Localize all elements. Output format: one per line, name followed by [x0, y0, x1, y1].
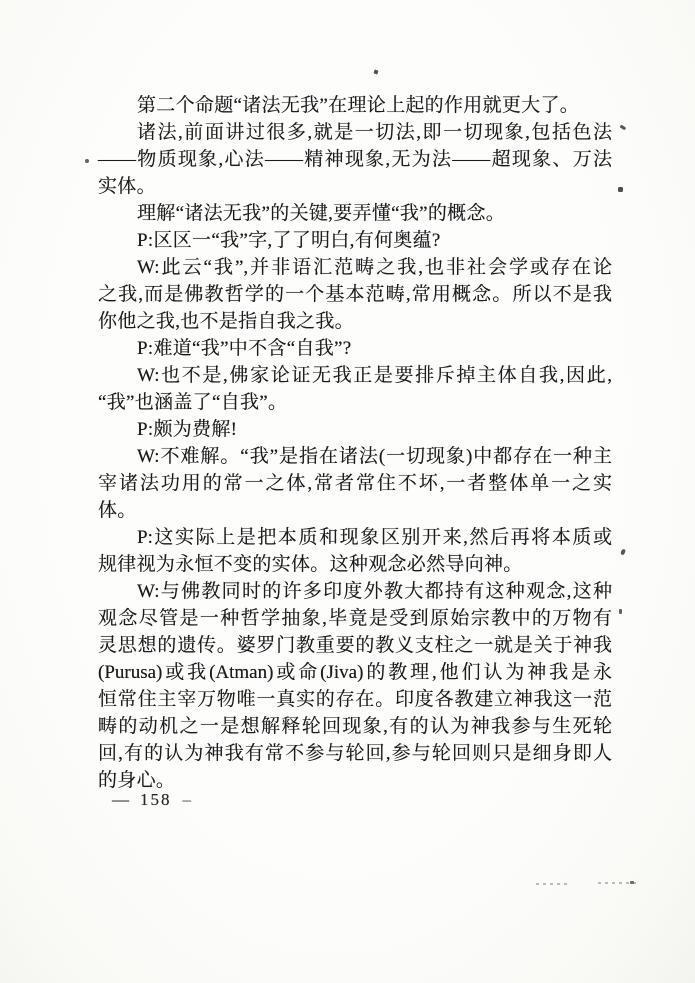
- text-line: ——物质现象,心法——精神现象,无为法——超现象、万法: [98, 146, 612, 173]
- text-line: 之我,而是佛教哲学的一个基本范畴,常用概念。所以不是我: [98, 281, 612, 308]
- text-line: 灵思想的遗传。婆罗门教重要的教义支柱之一就是关于神我: [98, 632, 612, 659]
- scan-speck: [620, 125, 627, 131]
- text-line: 规律视为永恒不变的实体。这种观念必然导向神。: [98, 551, 612, 578]
- text-line: W:与佛教同时的许多印度外教大都持有这种观念,这种: [98, 578, 612, 605]
- page-number-right-dash: –: [183, 790, 192, 809]
- page-number-value: 158: [140, 790, 172, 809]
- text-line: 体。: [98, 497, 612, 524]
- text-line: 诸法,前面讲过很多,就是一切法,即一切现象,包括色法: [98, 119, 612, 146]
- scan-smudge: [536, 883, 571, 885]
- scan-speck: [618, 187, 623, 192]
- scan-smudge-dot: [630, 881, 634, 884]
- text-line: 回,有的认为神我有常不参与轮回,参与轮回则只是细身即人: [98, 740, 612, 767]
- text-line: 理解“诸法无我”的关键,要弄懂“我”的概念。: [98, 200, 612, 227]
- text-line: P:颇为费解!: [98, 416, 612, 443]
- book-page: 第二个命题“诸法无我”在理论上起的作用就更大了。 诸法,前面讲过很多,就是一切法…: [0, 0, 695, 983]
- page-number-left-dash: —: [112, 790, 129, 809]
- text-line: P:这实际上是把本质和现象区别开来,然后再将本质或: [98, 524, 612, 551]
- text-line: 畴的动机之一是想解释轮回现象,有的认为神我参与生死轮: [98, 713, 612, 740]
- scan-speck: [620, 549, 626, 556]
- text-line: P:区区一“我”字,了了明白,有何奥蕴?: [98, 227, 612, 254]
- text-line: P:难道“我”中不含“自我”?: [98, 335, 612, 362]
- text-line: W:也不是,佛家论证无我正是要排斥掉主体自我,因此,: [98, 362, 612, 389]
- scan-speck: [373, 69, 378, 74]
- text-line: 第二个命题“诸法无我”在理论上起的作用就更大了。: [98, 92, 612, 119]
- text-line: 实体。: [98, 173, 612, 200]
- text-line: “我”也涵盖了“自我”。: [98, 389, 612, 416]
- scan-speck: [85, 159, 89, 163]
- text-line: W:不难解。“我”是指在诸法(一切现象)中都存在一种主: [98, 443, 612, 470]
- text-line: 你他之我,也不是指自我之我。: [98, 308, 612, 335]
- text-line: 恒常住主宰万物唯一真实的存在。印度各教建立神我这一范: [98, 686, 612, 713]
- page-text-block: 第二个命题“诸法无我”在理论上起的作用就更大了。 诸法,前面讲过很多,就是一切法…: [98, 92, 612, 794]
- text-line: 观念尽管是一种哲学抽象,毕竟是受到原始宗教中的万物有: [98, 605, 612, 632]
- page-number: —158–: [112, 789, 191, 811]
- text-line: 宰诸法功用的常一之体,常者常住不坏,一者整体单一之实: [98, 470, 612, 497]
- text-line: W:此云“我”,并非语汇范畴之我,也非社会学或存在论: [98, 254, 612, 281]
- scan-speck: [619, 609, 622, 614]
- text-line: (Purusa)或我(Atman)或命(Jiva)的教理,他们认为神我是永: [98, 659, 612, 686]
